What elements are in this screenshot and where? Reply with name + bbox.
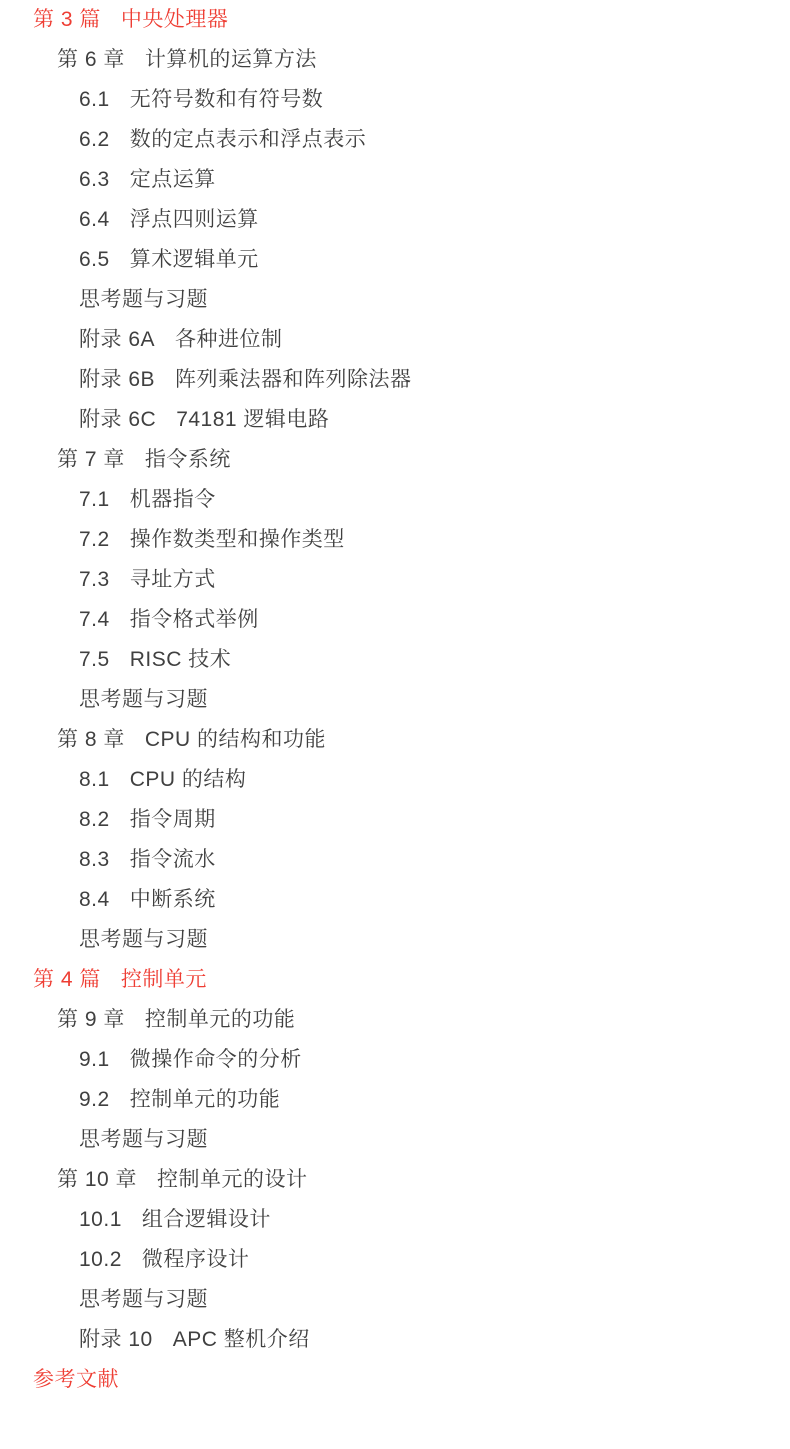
table-of-contents: 第 3 篇中央处理器第 6 章计算机的运算方法6.1无符号数和有符号数6.2数的… [0,0,790,1400]
toc-item-part: 第 3 篇中央处理器 [0,0,790,40]
toc-item-number: 第 7 章 [57,448,125,471]
toc-item-chapter: 第 8 章CPU 的结构和功能 [0,720,790,760]
toc-item-title: CPU 的结构和功能 [145,728,326,751]
toc-item-section: 6.4浮点四则运算 [0,200,790,240]
toc-item-title: 控制单元的设计 [157,1168,308,1191]
toc-item-title: 指令系统 [145,448,231,471]
toc-item-chapter: 第 7 章指令系统 [0,440,790,480]
toc-item-section: 6.1无符号数和有符号数 [0,80,790,120]
toc-item-section: 7.4指令格式举例 [0,600,790,640]
toc-item-title: 思考题与习题 [79,688,208,711]
toc-item-number: 附录 6C [79,408,156,431]
toc-item-title: 无符号数和有符号数 [130,88,324,111]
toc-item-number: 7.2 [79,528,110,551]
toc-item-title: 思考题与习题 [79,1128,208,1151]
toc-item-title: 微程序设计 [142,1248,250,1271]
toc-item-section: 7.5RISC 技术 [0,640,790,680]
toc-item-title: 数的定点表示和浮点表示 [130,128,367,151]
toc-item-chapter: 第 6 章计算机的运算方法 [0,40,790,80]
toc-item-number: 10.1 [79,1208,122,1231]
toc-item-number: 7.4 [79,608,110,631]
toc-item-number: 6.4 [79,208,110,231]
toc-item-number: 第 4 篇 [33,968,101,991]
toc-item-number: 7.5 [79,648,110,671]
toc-item-number: 附录 6B [79,368,155,391]
toc-item-part: 参考文献 [0,1360,790,1400]
toc-item-title: 机器指令 [130,488,216,511]
toc-item-section: 9.1微操作命令的分析 [0,1040,790,1080]
toc-item-title: 控制单元的功能 [145,1008,296,1031]
toc-item-number: 8.1 [79,768,110,791]
toc-item-number: 附录 6A [79,328,155,351]
toc-item-number: 9.1 [79,1048,110,1071]
toc-item-section: 8.1CPU 的结构 [0,760,790,800]
toc-item-title: 中央处理器 [121,8,229,31]
toc-item-section: 9.2控制单元的功能 [0,1080,790,1120]
toc-item-number: 7.3 [79,568,110,591]
toc-item-title: APC 整机介绍 [173,1328,310,1351]
toc-item-title: 阵列乘法器和阵列除法器 [175,368,412,391]
toc-item-section: 思考题与习题 [0,1120,790,1160]
toc-item-number: 6.3 [79,168,110,191]
toc-item-section: 附录 6B阵列乘法器和阵列除法器 [0,360,790,400]
toc-item-part: 第 4 篇控制单元 [0,960,790,1000]
toc-item-number: 8.3 [79,848,110,871]
toc-item-number: 8.4 [79,888,110,911]
toc-item-section: 7.2操作数类型和操作类型 [0,520,790,560]
toc-item-title: 计算机的运算方法 [145,48,317,71]
toc-item-title: 控制单元 [121,968,207,991]
toc-item-title: 微操作命令的分析 [130,1048,302,1071]
toc-item-section: 7.1机器指令 [0,480,790,520]
toc-item-number: 7.1 [79,488,110,511]
toc-item-section: 10.2微程序设计 [0,1240,790,1280]
toc-item-number: 第 10 章 [57,1168,137,1191]
toc-item-title: CPU 的结构 [130,768,247,791]
toc-item-section: 6.5算术逻辑单元 [0,240,790,280]
toc-item-title: 74181 逻辑电路 [176,408,329,431]
toc-item-title: 指令流水 [130,848,216,871]
toc-item-section: 附录 6A各种进位制 [0,320,790,360]
toc-item-chapter: 第 9 章控制单元的功能 [0,1000,790,1040]
toc-item-number: 第 6 章 [57,48,125,71]
toc-item-number: 6.5 [79,248,110,271]
toc-item-title: 思考题与习题 [79,288,208,311]
toc-item-section: 思考题与习题 [0,920,790,960]
toc-item-title: 浮点四则运算 [130,208,259,231]
toc-item-title: 组合逻辑设计 [142,1208,271,1231]
toc-item-title: 算术逻辑单元 [130,248,259,271]
toc-item-title: 指令格式举例 [130,608,259,631]
toc-item-section: 附录 10APC 整机介绍 [0,1320,790,1360]
toc-item-number: 第 8 章 [57,728,125,751]
toc-item-section: 思考题与习题 [0,1280,790,1320]
toc-item-section: 10.1组合逻辑设计 [0,1200,790,1240]
toc-item-number: 10.2 [79,1248,122,1271]
toc-item-number: 6.2 [79,128,110,151]
toc-item-title: 思考题与习题 [79,1288,208,1311]
toc-item-number: 附录 10 [79,1328,153,1351]
toc-item-section: 8.2指令周期 [0,800,790,840]
toc-item-title: 思考题与习题 [79,928,208,951]
toc-item-title: 各种进位制 [175,328,283,351]
toc-item-number: 第 3 篇 [33,8,101,31]
toc-item-title: 操作数类型和操作类型 [130,528,345,551]
toc-item-section: 6.3定点运算 [0,160,790,200]
toc-item-section: 8.3指令流水 [0,840,790,880]
toc-item-number: 9.2 [79,1088,110,1111]
toc-item-number: 8.2 [79,808,110,831]
toc-item-title: 定点运算 [130,168,216,191]
toc-item-section: 附录 6C74181 逻辑电路 [0,400,790,440]
toc-item-number: 6.1 [79,88,110,111]
toc-item-title: 中断系统 [130,888,216,911]
toc-item-section: 6.2数的定点表示和浮点表示 [0,120,790,160]
toc-item-title: 控制单元的功能 [130,1088,281,1111]
toc-item-chapter: 第 10 章控制单元的设计 [0,1160,790,1200]
toc-item-section: 思考题与习题 [0,680,790,720]
toc-item-title: RISC 技术 [130,648,232,671]
toc-item-section: 7.3寻址方式 [0,560,790,600]
toc-item-section: 8.4中断系统 [0,880,790,920]
toc-item-section: 思考题与习题 [0,280,790,320]
toc-item-title: 寻址方式 [130,568,216,591]
toc-item-title: 指令周期 [130,808,216,831]
toc-item-number: 参考文献 [33,1368,119,1391]
toc-item-number: 第 9 章 [57,1008,125,1031]
